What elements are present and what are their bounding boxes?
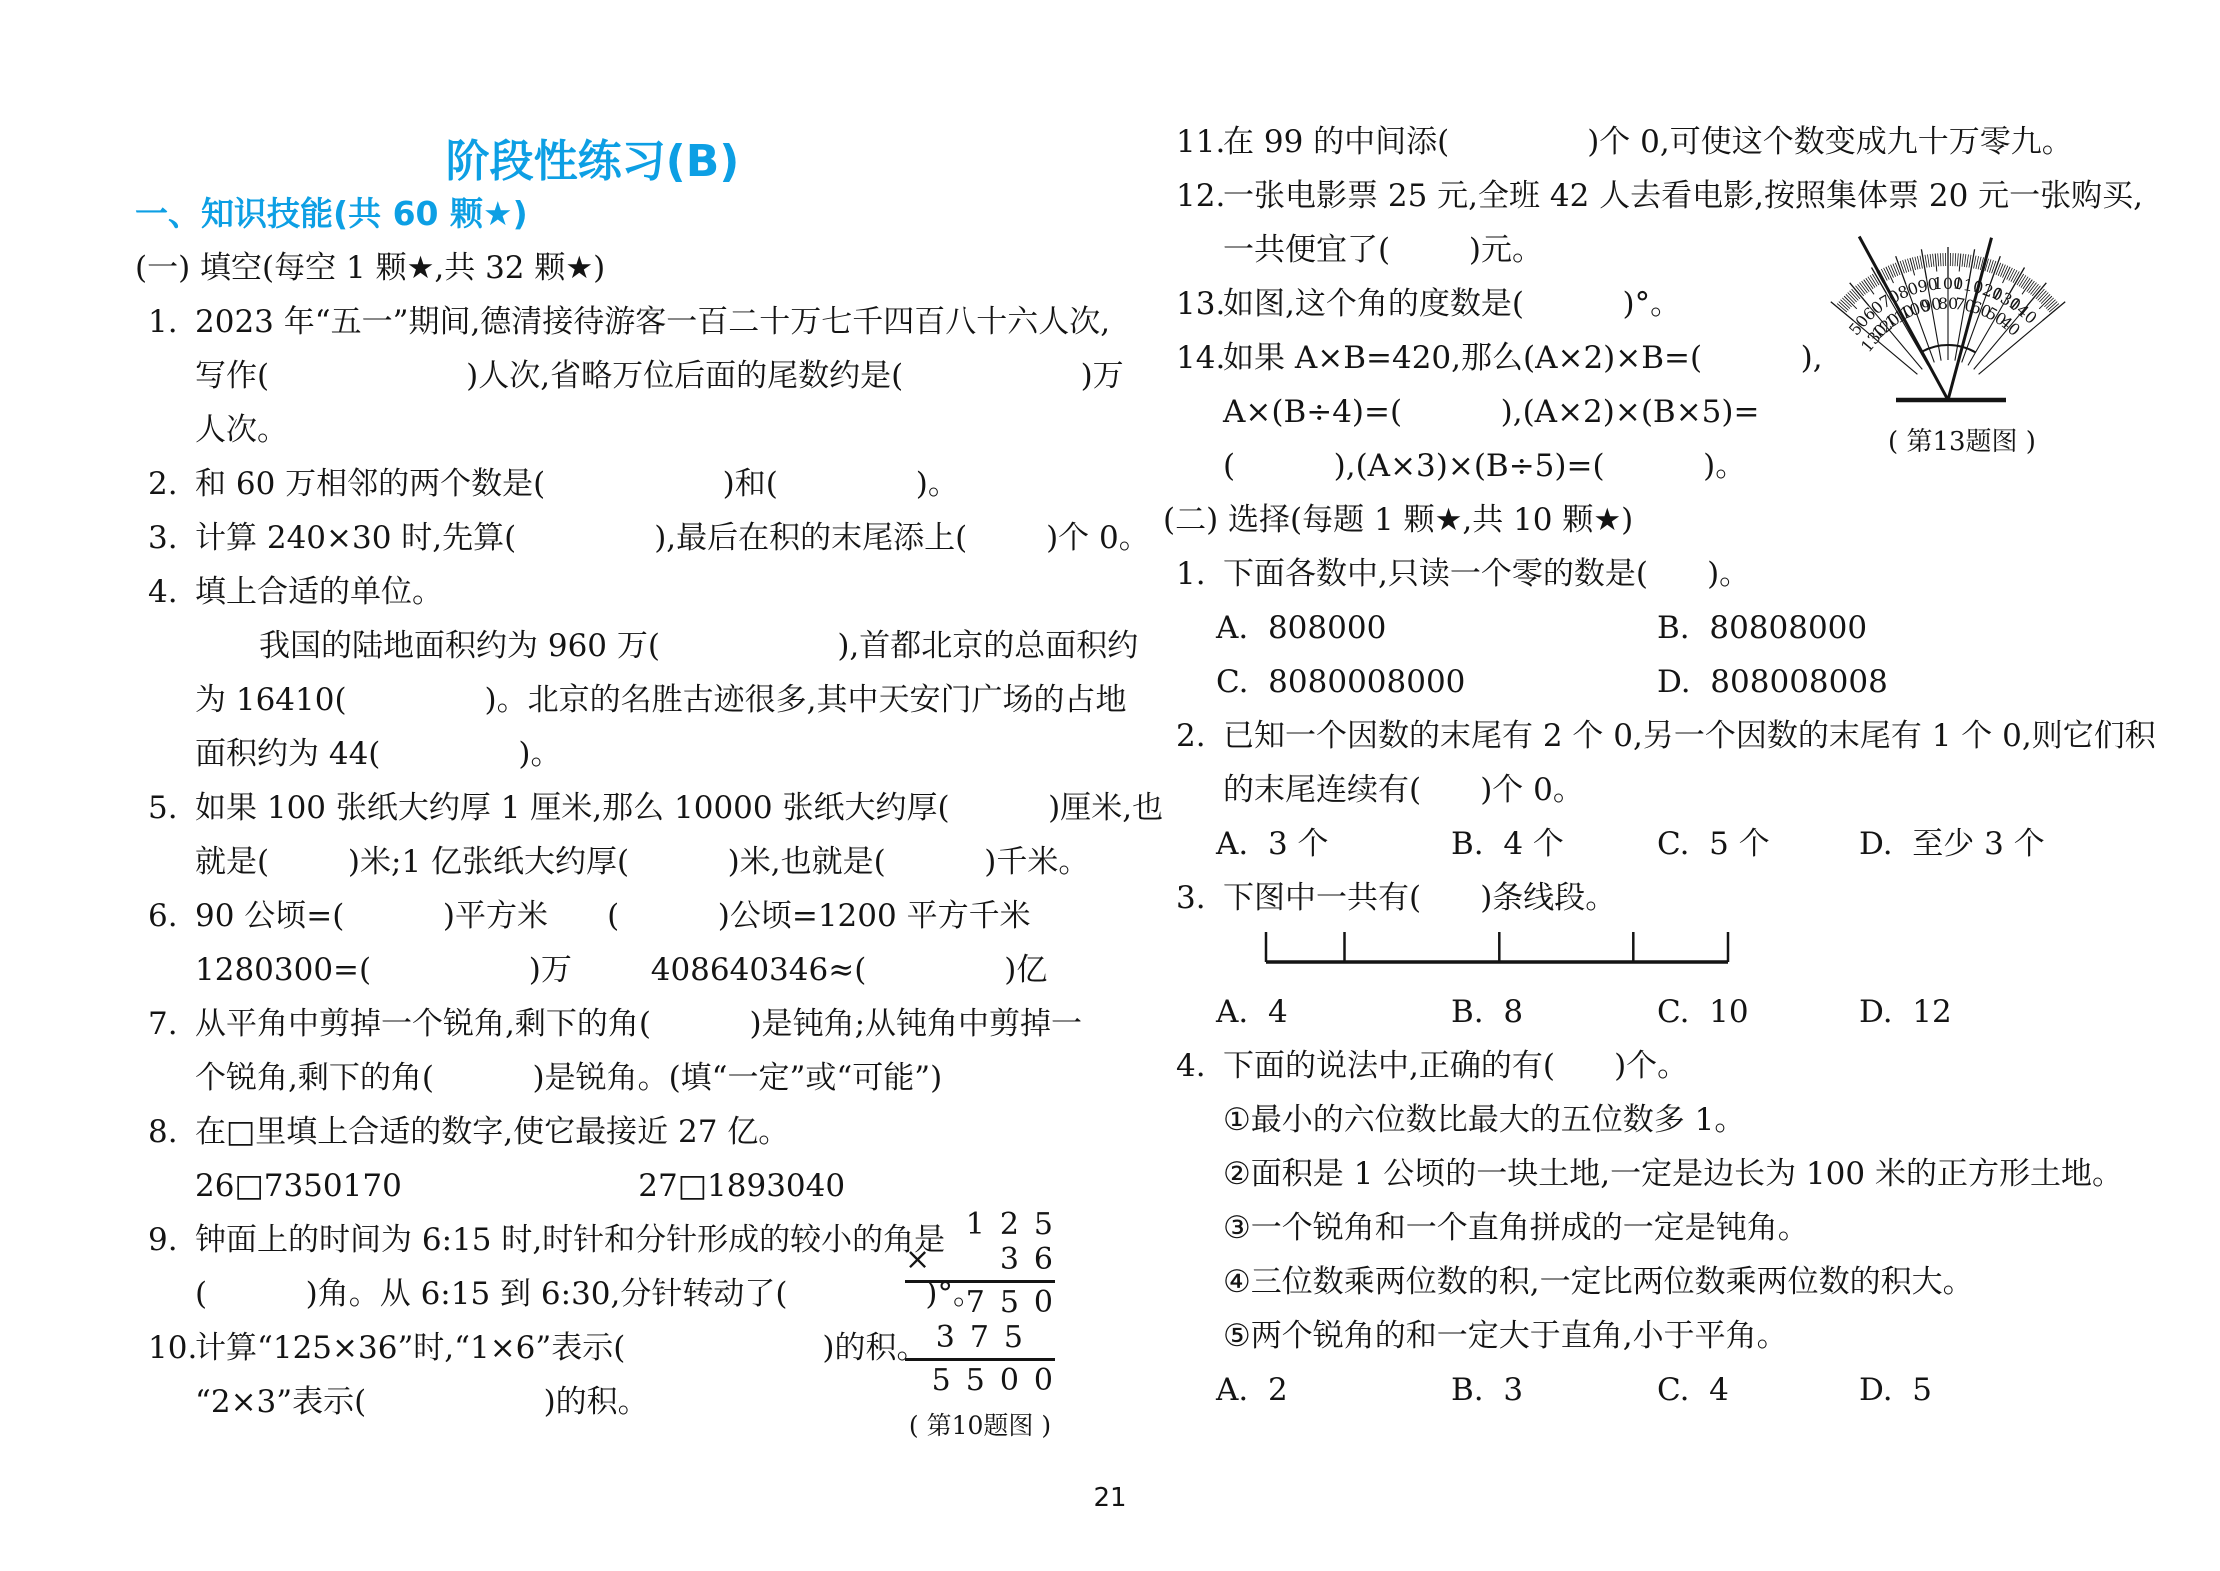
protractor-figure: 5013060120701108010090901008011070120601… xyxy=(1791,227,2133,458)
subsection-heading-fill: (一) 填空(每空 1 颗★,共 32 颗★) xyxy=(135,241,1050,295)
item-text: 2023 年“五一”期间,德清接待游客一百二十万七千四百八十六人次, xyxy=(195,304,1110,340)
mult-partial-2: 375 xyxy=(905,1320,1055,1355)
item-text: 如果 A×B=420,那么(A×2)×B=( ), xyxy=(1223,340,1823,376)
choice-q1-stem: 1.下面各数中,只读一个零的数是( )。 xyxy=(1163,547,2153,601)
choice-q4-statement-4: ④三位数乘两位数的积,一定比两位数乘两位数的积大。 xyxy=(1163,1255,2153,1309)
mult-digits: 36 xyxy=(1000,1242,1068,1277)
item-text: ( )角。从 6:15 到 6:30,分针转动了( )°。 xyxy=(195,1276,984,1312)
fill-item-6-line-1: 6.90 公顷=( )平方米 ( )公顷=1200 平方千米 xyxy=(135,889,1050,943)
fill-item-2: 2.和 60 万相邻的两个数是( )和( )。 xyxy=(135,457,1050,511)
item-number: 7. xyxy=(135,997,195,1051)
mult-digits: 750 xyxy=(966,1285,1068,1320)
item-text: 一张电影票 25 元,全班 42 人去看电影,按照集体票 20 元一张购买, xyxy=(1223,178,2143,214)
fill-item-1-line-1: 1.2023 年“五一”期间,德清接待游客一百二十万七千四百八十六人次, xyxy=(135,295,1050,349)
item-number: 2. xyxy=(135,457,195,511)
mult-result: 5500 xyxy=(905,1363,1055,1398)
line-segment-figure xyxy=(1163,925,2153,985)
fill-item-7-line-1: 7.从平角中剪掉一个锐角,剩下的角( )是钝角;从钝角中剪掉一 xyxy=(135,997,1050,1051)
choice-q4-statement-5: ⑤两个锐角的和一定大于直角,小于平角。 xyxy=(1163,1309,2153,1363)
item-text: 计算“125×36”时,“1×6”表示( )的积。 xyxy=(195,1330,928,1366)
mult-partial-1: 750 xyxy=(905,1285,1055,1320)
option-a: A. 2 xyxy=(1216,1363,1451,1417)
item-number: 14. xyxy=(1163,331,1223,385)
item-text: 钟面上的时间为 6:15 时,时针和分针形成的较小的角是 xyxy=(195,1222,945,1258)
item-text: ③一个锐角和一个直角拼成的一定是钝角。 xyxy=(1223,1210,1809,1246)
choice-q1-options-row-1: A. 808000B. 80808000 xyxy=(1163,601,2153,655)
item-text: 和 60 万相邻的两个数是( )和( )。 xyxy=(195,466,959,502)
item-number: 1. xyxy=(135,295,195,349)
item-number: 5. xyxy=(135,781,195,835)
item-text: 面积约为 44( )。 xyxy=(195,736,561,772)
fill-item-7-line-2: 个锐角,剩下的角( )是锐角。(填“一定”或“可能”) xyxy=(135,1051,1050,1105)
option-a: A. 4 xyxy=(1216,985,1451,1039)
option-c: C. 4 xyxy=(1657,1363,1859,1417)
choice-q4-statement-2: ②面积是 1 公顷的一块土地,一定是边长为 100 米的正方形土地。 xyxy=(1163,1147,2153,1201)
item-text: 90 公顷=( )平方米 ( )公顷=1200 平方千米 xyxy=(195,898,1031,934)
choice-q2-options: A. 3 个B. 4 个C. 5 个D. 至少 3 个 xyxy=(1163,817,2153,871)
segment-svg xyxy=(1263,925,1733,969)
item-text: 一共便宜了( )元。 xyxy=(1223,232,1543,268)
mult-rule xyxy=(905,1358,1055,1361)
worksheet-page: 阶段性练习(B) 一、知识技能(共 60 颗★) (一) 填空(每空 1 颗★,… xyxy=(0,0,2220,1571)
fill-item-1-line-2: 写作( )人次,省略万位后面的尾数约是( )万 xyxy=(135,349,1050,403)
item-text: 已知一个因数的末尾有 2 个 0,另一个因数的末尾有 1 个 0,则它们积 xyxy=(1223,718,2156,754)
item-text: ④三位数乘两位数的积,一定比两位数乘两位数的积大。 xyxy=(1223,1264,1974,1300)
fill-item-5-line-2: 就是( )米;1 亿张纸大约厚( )米,也就是( )千米。 xyxy=(135,835,1050,889)
option-b: B. 8 xyxy=(1451,985,1657,1039)
item-text: 下面各数中,只读一个零的数是( )。 xyxy=(1223,556,1750,592)
mult-multiplier-row: ×36 xyxy=(905,1242,1055,1277)
multiplication-figure: 125 ×36 750 375 5500 ( 第10题图 ) xyxy=(905,1207,1055,1442)
option-d: D. 808008008 xyxy=(1657,664,1888,700)
item-text: 如图,这个角的度数是( )°。 xyxy=(1223,286,1681,322)
item-number: 6. xyxy=(135,889,195,943)
fill-item-6-line-2: 1280300=( )万 408640346≈( )亿 xyxy=(135,943,1050,997)
right-column: 11.在 99 的中间添( )个 0,可使这个数变成九十万零九。 12.一张电影… xyxy=(1163,115,2153,1417)
fill-item-11: 11.在 99 的中间添( )个 0,可使这个数变成九十万零九。 xyxy=(1163,115,2153,169)
multiply-sign: × xyxy=(905,1242,930,1277)
item-text: 在 99 的中间添( )个 0,可使这个数变成九十万零九。 xyxy=(1223,124,2073,160)
option-d: D. 12 xyxy=(1859,994,1952,1030)
fill-item-8-line-2: 26□7350170 27□1893040 xyxy=(135,1159,1050,1213)
option-b: B. 4 个 xyxy=(1451,817,1657,871)
item-text: 的末尾连续有( )个 0。 xyxy=(1223,772,1584,808)
item-number: 4. xyxy=(1163,1039,1223,1093)
item-text: 我国的陆地面积约为 960 万( ),首都北京的总面积约 xyxy=(259,628,1138,664)
choice-q4-stem: 4.下面的说法中,正确的有( )个。 xyxy=(1163,1039,2153,1093)
item-text: 26□7350170 27□1893040 xyxy=(195,1168,845,1204)
item-number: 13. xyxy=(1163,277,1223,331)
choice-q2-line-1: 2.已知一个因数的末尾有 2 个 0,另一个因数的末尾有 1 个 0,则它们积 xyxy=(1163,709,2153,763)
item-number: 3. xyxy=(1163,871,1223,925)
item-text: 下面的说法中,正确的有( )个。 xyxy=(1223,1048,1688,1084)
mult-rule xyxy=(905,1280,1055,1283)
fill-item-8-line-1: 8.在□里填上合适的数字,使它最接近 27 亿。 xyxy=(135,1105,1050,1159)
item-number: 8. xyxy=(135,1105,195,1159)
mult-digits: 125 xyxy=(966,1207,1068,1242)
choice-q4-options: A. 2B. 3C. 4D. 5 xyxy=(1163,1363,2153,1417)
item-number: 4. xyxy=(135,565,195,619)
item-text: 下图中一共有( )条线段。 xyxy=(1223,880,1616,916)
item-text: ②面积是 1 公顷的一块土地,一定是边长为 100 米的正方形土地。 xyxy=(1223,1156,2123,1192)
mult-digits: 375 xyxy=(936,1320,1068,1355)
page-number: 21 xyxy=(0,1483,2220,1513)
item-number: 9. xyxy=(135,1213,195,1267)
fill-item-12-line-1: 12.一张电影票 25 元,全班 42 人去看电影,按照集体票 20 元一张购买… xyxy=(1163,169,2153,223)
section-heading-knowledge: 一、知识技能(共 60 颗★) xyxy=(135,187,1050,241)
item-text: “2×3”表示( )的积。 xyxy=(195,1384,649,1420)
option-a: A. 808000 xyxy=(1216,601,1657,655)
item-text: 计算 240×30 时,先算( ),最后在积的末尾添上( )个 0。 xyxy=(195,520,1150,556)
protractor-caption: ( 第13题图 ) xyxy=(1791,421,2133,458)
item-text: 1280300=( )万 408640346≈( )亿 xyxy=(195,952,1047,988)
page-title: 阶段性练习(B) xyxy=(135,95,1050,187)
item-text: 在□里填上合适的数字,使它最接近 27 亿。 xyxy=(195,1114,789,1150)
item-number: 11. xyxy=(1163,115,1223,169)
choice-q4-statement-3: ③一个锐角和一个直角拼成的一定是钝角。 xyxy=(1163,1201,2153,1255)
option-c: C. 5 个 xyxy=(1657,817,1859,871)
fill-item-1-line-3: 人次。 xyxy=(135,403,1050,457)
item-number: 3. xyxy=(135,511,195,565)
item-text: ⑤两个锐角的和一定大于直角,小于平角。 xyxy=(1223,1318,1788,1354)
item-number: 10. xyxy=(135,1321,195,1375)
fill-item-5-line-1: 5.如果 100 张纸大约厚 1 厘米,那么 10000 张纸大约厚( )厘米,… xyxy=(135,781,1050,835)
item-text: 为 16410( )。北京的名胜古迹很多,其中天安门广场的占地 xyxy=(195,682,1126,718)
fill-item-4-line-2: 我国的陆地面积约为 960 万( ),首都北京的总面积约 xyxy=(135,619,1050,673)
item-text: A×(B÷4)=( ),(A×2)×(B×5)= xyxy=(1223,394,1759,430)
option-c: C. 10 xyxy=(1657,985,1859,1039)
option-c: C. 8080008000 xyxy=(1216,655,1657,709)
item-text: 人次。 xyxy=(195,412,288,448)
item-text: 就是( )米;1 亿张纸大约厚( )米,也就是( )千米。 xyxy=(195,844,1089,880)
fill-item-3: 3.计算 240×30 时,先算( ),最后在积的末尾添上( )个 0。 xyxy=(135,511,1050,565)
option-d: D. 至少 3 个 xyxy=(1859,826,2045,862)
option-b: B. 80808000 xyxy=(1657,610,1867,646)
item-text: ( ),(A×3)×(B÷5)=( )。 xyxy=(1223,448,1746,484)
item-text: ①最小的六位数比最大的五位数多 1。 xyxy=(1223,1102,1745,1138)
item-text: 填上合适的单位。 xyxy=(195,574,443,610)
choice-q3-stem: 3.下图中一共有( )条线段。 xyxy=(1163,871,2153,925)
mult-digits: 5500 xyxy=(932,1363,1068,1398)
item-number: 2. xyxy=(1163,709,1223,763)
option-b: B. 3 xyxy=(1451,1363,1657,1417)
item-number: 12. xyxy=(1163,169,1223,223)
item-number: 1. xyxy=(1163,547,1223,601)
option-d: D. 5 xyxy=(1859,1372,1932,1408)
fill-item-4-line-4: 面积约为 44( )。 xyxy=(135,727,1050,781)
fill-item-4-line-3: 为 16410( )。北京的名胜古迹很多,其中天安门广场的占地 xyxy=(135,673,1050,727)
option-a: A. 3 个 xyxy=(1216,817,1451,871)
fill-item-4-line-1: 4.填上合适的单位。 xyxy=(135,565,1050,619)
choice-q2-line-2: 的末尾连续有( )个 0。 xyxy=(1163,763,2153,817)
item-text: 如果 100 张纸大约厚 1 厘米,那么 10000 张纸大约厚( )厘米,也 xyxy=(195,790,1163,826)
choice-q4-statement-1: ①最小的六位数比最大的五位数多 1。 xyxy=(1163,1093,2153,1147)
choice-q1-options-row-2: C. 8080008000D. 808008008 xyxy=(1163,655,2153,709)
protractor-svg: 5013060120701108010090901008011070120601… xyxy=(1791,227,2133,415)
item-text: 个锐角,剩下的角( )是锐角。(填“一定”或“可能”) xyxy=(195,1060,942,1096)
subsection-heading-choice: (二) 选择(每题 1 颗★,共 10 颗★) xyxy=(1163,493,2153,547)
mult-figure-caption: ( 第10题图 ) xyxy=(905,1406,1055,1442)
choice-q3-options: A. 4B. 8C. 10D. 12 xyxy=(1163,985,2153,1039)
mult-multiplicand: 125 xyxy=(905,1207,1055,1242)
item-text: 写作( )人次,省略万位后面的尾数约是( )万 xyxy=(195,358,1124,394)
item-text: 从平角中剪掉一个锐角,剩下的角( )是钝角;从钝角中剪掉一 xyxy=(195,1006,1082,1042)
left-column: 阶段性练习(B) 一、知识技能(共 60 颗★) (一) 填空(每空 1 颗★,… xyxy=(135,95,1050,1429)
